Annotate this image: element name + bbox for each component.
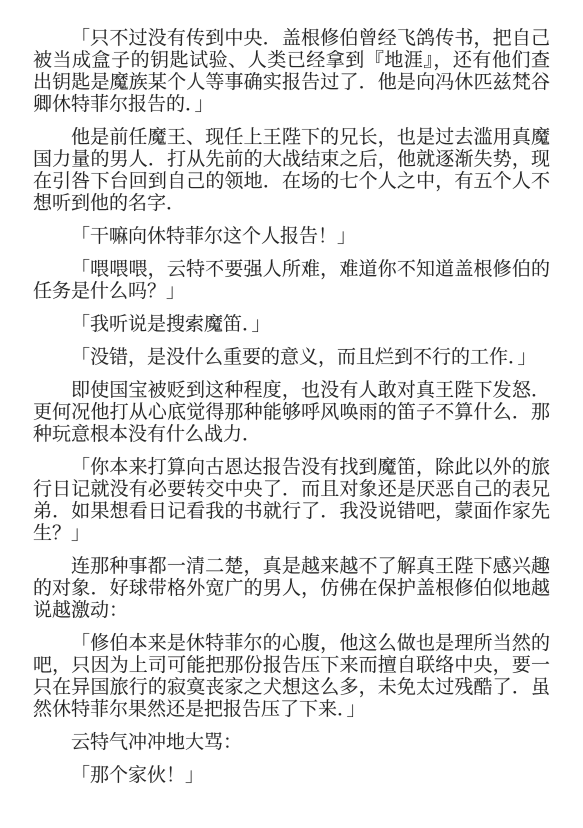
paragraph-dialogue: 「我听说是搜索魔笛．」 (33, 314, 550, 336)
paragraph-narration: 即使国宝被贬到这种程度，也没有人敢对真王陛下发怒．更何况他打从心底觉得那种能够呼… (33, 380, 550, 446)
text-block: 「只不过没有传到中央．盖根修伯曾经飞鸽传书，把自己被当成盒子的钥匙试验、人类已经… (33, 28, 550, 787)
paragraph-dialogue: 「没错，是没什么重要的意义，而且烂到不行的工作．」 (33, 347, 550, 369)
paragraph-dialogue: 「那个家伙！」 (33, 765, 550, 787)
paragraph-narration: 云特气冲冲地大骂： (33, 732, 550, 754)
paragraph-dialogue: 「只不过没有传到中央．盖根修伯曾经飞鸽传书，把自己被当成盒子的钥匙试验、人类已经… (33, 28, 550, 116)
paragraph-dialogue: 「干嘛向休特菲尔这个人报告！」 (33, 226, 550, 248)
paragraph-dialogue: 「你本来打算向古恩达报告没有找到魔笛，除此以外的旅行日记就没有必要转交中央了．而… (33, 457, 550, 545)
paragraph-narration: 他是前任魔王、现任上王陛下的兄长，也是过去滥用真魔国力量的男人．打从先前的大战结… (33, 127, 550, 215)
book-page: 「只不过没有传到中央．盖根修伯曾经飞鸽传书，把自己被当成盒子的钥匙试验、人类已经… (0, 0, 583, 828)
paragraph-narration: 连那种事都一清二楚，真是越来越不了解真王陛下感兴趣的对象．好球带格外宽广的男人，… (33, 556, 550, 622)
paragraph-dialogue: 「修伯本来是休特菲尔的心腹，他这么做也是理所当然的吧，只因为上司可能把那份报告压… (33, 633, 550, 721)
paragraph-dialogue: 「喂喂喂，云特不要强人所难，难道你不知道盖根修伯的任务是什么吗？」 (33, 259, 550, 303)
